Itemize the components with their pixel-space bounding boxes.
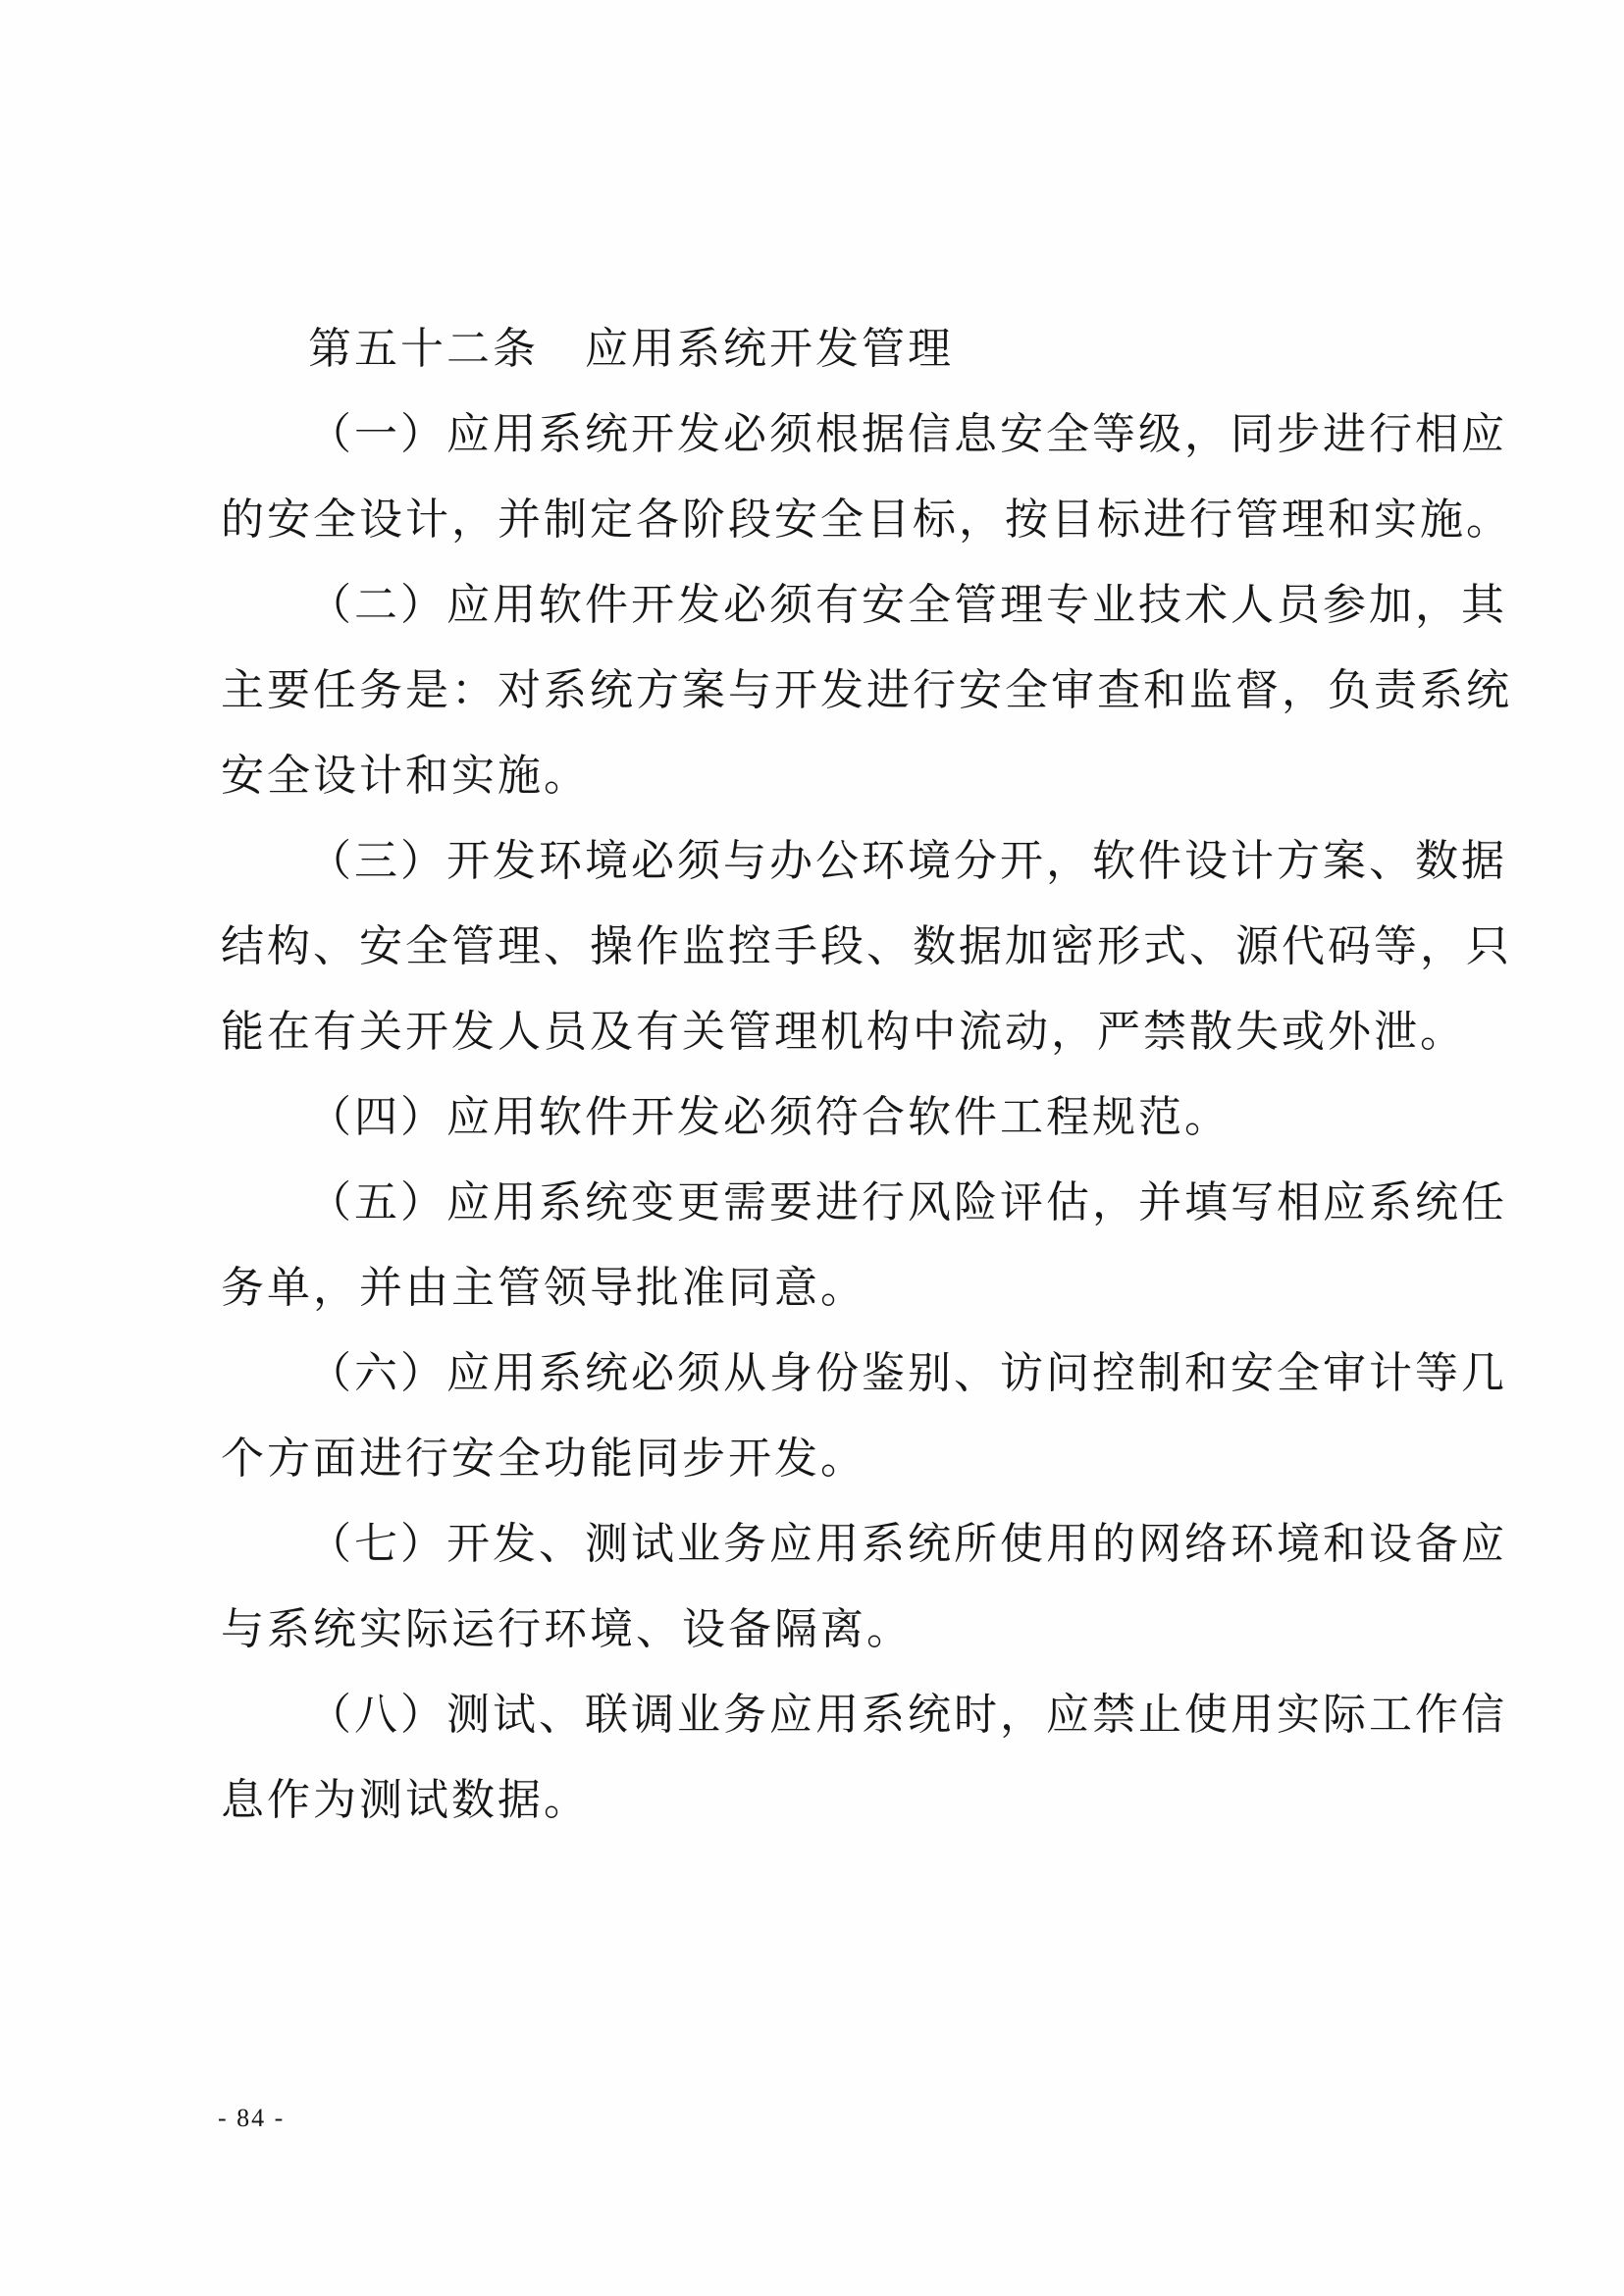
clause-8-line-2: 息作为测试数据。 [221, 1757, 1430, 1843]
article-body: 第五十二条 应用系统开发管理 （一）应用系统开发必须根据信息安全等级，同步进行相… [221, 306, 1430, 1843]
clause-7-line-1: （七）开发、测试业务应用系统所使用的网络环境和设备应 [221, 1501, 1430, 1587]
article-heading: 第五十二条 应用系统开发管理 [221, 306, 1430, 391]
clause-5-line-1: （五）应用系统变更需要进行风险评估，并填写相应系统任 [221, 1160, 1430, 1245]
clause-3-line-3: 能在有关开发人员及有关管理机构中流动，严禁散失或外泄。 [221, 989, 1430, 1074]
clause-3-line-1: （三）开发环境必须与办公环境分开，软件设计方案、数据 [221, 818, 1430, 904]
clause-2-line-2: 主要任务是：对系统方案与开发进行安全审查和监督，负责系统 [221, 648, 1430, 733]
clause-7-line-2: 与系统实际运行环境、设备隔离。 [221, 1587, 1430, 1672]
clause-1-line-2: 的安全设计，并制定各阶段安全目标，按目标进行管理和实施。 [221, 477, 1430, 562]
document-page: 第五十二条 应用系统开发管理 （一）应用系统开发必须根据信息安全等级，同步进行相… [0, 0, 1624, 2296]
clause-2-line-3: 安全设计和实施。 [221, 733, 1430, 818]
clause-3-line-2: 结构、安全管理、操作监控手段、数据加密形式、源代码等，只 [221, 904, 1430, 989]
clause-6-line-1: （六）应用系统必须从身份鉴别、访问控制和安全审计等几 [221, 1331, 1430, 1416]
clause-1-line-1: （一）应用系统开发必须根据信息安全等级，同步进行相应 [221, 391, 1430, 477]
clause-8-line-1: （八）测试、联调业务应用系统时，应禁止使用实际工作信 [221, 1672, 1430, 1757]
page-number: - 84 - [218, 2104, 285, 2133]
clause-6-line-2: 个方面进行安全功能同步开发。 [221, 1416, 1430, 1501]
clause-5-line-2: 务单，并由主管领导批准同意。 [221, 1245, 1430, 1331]
clause-4-line-1: （四）应用软件开发必须符合软件工程规范。 [221, 1074, 1430, 1160]
clause-2-line-1: （二）应用软件开发必须有安全管理专业技术人员参加，其 [221, 562, 1430, 648]
